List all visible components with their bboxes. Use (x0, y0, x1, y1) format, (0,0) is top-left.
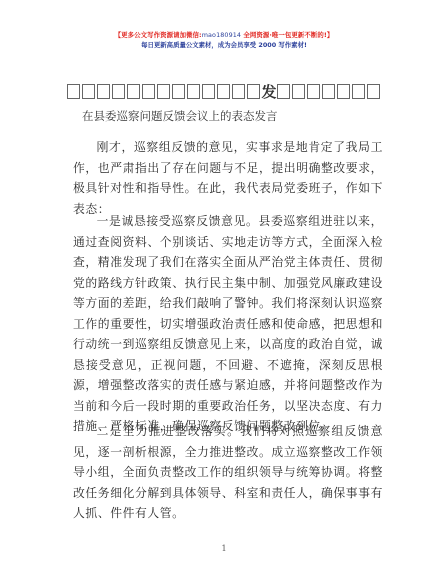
promo-banner-line-1: 【更多公文写作资源请加微信:mao180914 全网资源·唯一包更新不断的!】 (0, 30, 448, 39)
missing-glyph-box (367, 84, 380, 99)
promo-banner-wechat-id: mao180914 (202, 31, 241, 39)
missing-glyph-box (337, 84, 350, 99)
missing-glyph-box (187, 84, 200, 99)
missing-glyph-box (247, 84, 260, 99)
document-title: 发 (0, 81, 448, 102)
missing-glyph-box (277, 84, 290, 99)
promo-banner-prefix: 【更多公文写作资源请加微信: (115, 31, 202, 39)
title-visible-char: 发 (262, 81, 277, 102)
missing-glyph-box (112, 84, 125, 99)
missing-glyph-box (127, 84, 140, 99)
document-subtitle: 在县委巡察问题反馈会议上的表态发言 (82, 108, 278, 124)
missing-glyph-box (352, 84, 365, 99)
missing-glyph-box (172, 84, 185, 99)
missing-glyph-box (157, 84, 170, 99)
missing-glyph-box (82, 84, 95, 99)
missing-glyph-box (97, 84, 110, 99)
missing-glyph-box (322, 84, 335, 99)
missing-glyph-box (292, 84, 305, 99)
paragraph-point-one: 一是诚恳接受巡察反馈意见。县委巡察组进驻以来，通过查阅资料、个别谈话、实地走访等… (73, 211, 383, 437)
missing-glyph-box (307, 84, 320, 99)
title-missing-glyphs-before (67, 82, 262, 102)
missing-glyph-box (217, 84, 230, 99)
promo-banner-suffix: 全网资源·唯一包更新不断的!】 (241, 31, 333, 39)
missing-glyph-box (142, 84, 155, 99)
promo-banner-line-2: 每日更新高质量公文素材，成为会员享受 2000 写作素材! (0, 40, 448, 49)
missing-glyph-box (67, 84, 80, 99)
paragraph-point-two: 二是全力推进整改落实。我们将对照巡察组反馈意见，逐一剖析根源，全力推进整改。成立… (73, 421, 383, 524)
missing-glyph-box (202, 84, 215, 99)
page-number: 1 (0, 544, 448, 553)
title-missing-glyphs-after (277, 82, 382, 102)
missing-glyph-box (232, 84, 245, 99)
paragraph-intro: 刚才，巡察组反馈的意见，实事求是地肯定了我局工作，也严肃指出了存在问题与不足，提… (73, 137, 383, 219)
